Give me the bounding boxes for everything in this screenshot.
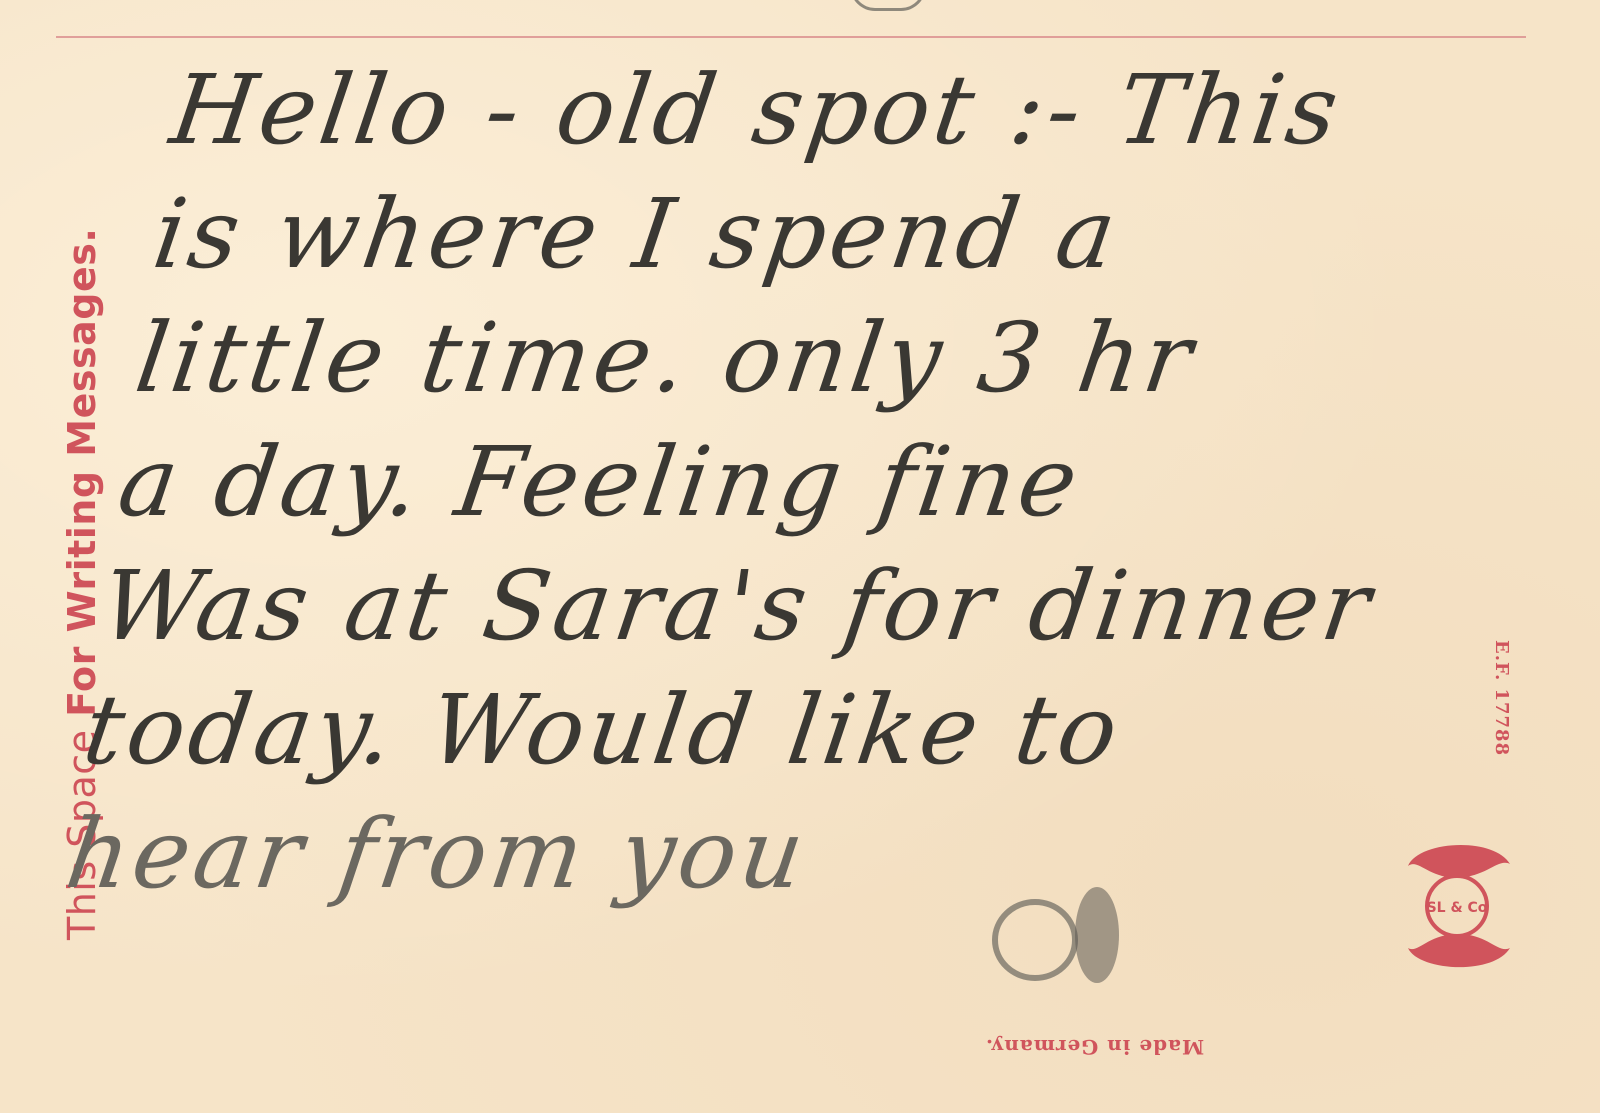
message-line: hear from you (59, 792, 1496, 916)
message-line: a day. Feeling fine (111, 420, 1548, 544)
made-in-germany-note: Made in Germany. (985, 1035, 1204, 1059)
message-line: Was at Sara's for dinner (94, 544, 1531, 668)
message-line: today. Would like to (76, 668, 1513, 792)
message-line: little time. only 3 hr (129, 296, 1566, 420)
publisher-logo-text: SL & Co (1427, 900, 1488, 916)
postcard-back: This Space For Writing Messages. Hello -… (0, 0, 1600, 1113)
top-ink-mark (850, 0, 926, 11)
top-divider-rule (56, 36, 1526, 38)
side-caption-part3: Writing Messages. (60, 228, 104, 646)
publisher-logo-icon: SL & Co (1398, 836, 1516, 976)
ink-scribble-icon (985, 880, 1145, 990)
handwritten-message: Hello - old spot :- This is where I spen… (59, 48, 1600, 916)
serial-number: E.F. 17788 (1491, 640, 1512, 756)
message-line: is where I spend a (146, 172, 1583, 296)
message-line: Hello - old spot :- This (164, 48, 1600, 172)
